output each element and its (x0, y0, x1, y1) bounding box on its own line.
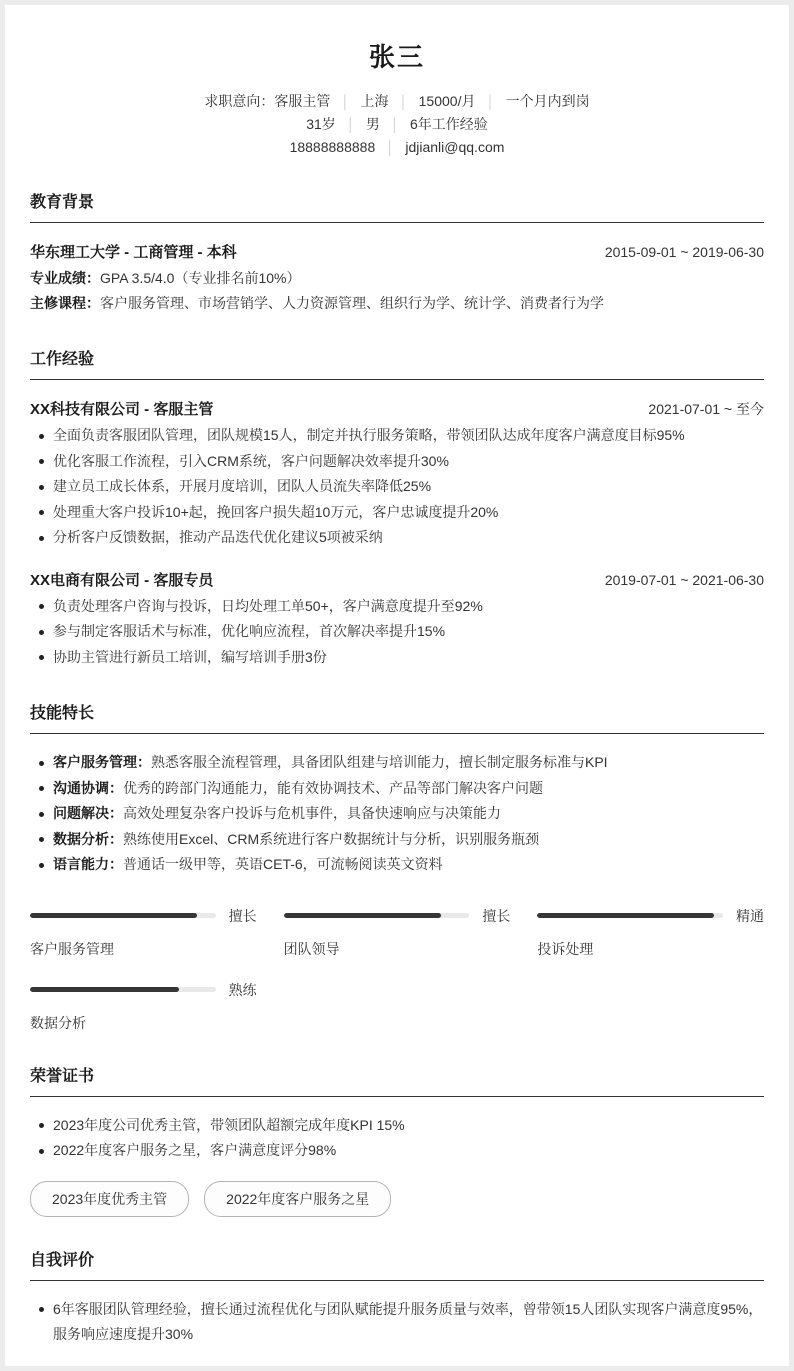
honor-bullet: 2022年度客户服务之星，客户满意度评分98% (30, 1138, 764, 1164)
school-degree: 华东理工大学 - 工商管理 - 本科 (30, 241, 237, 262)
skill-bar-fill (284, 913, 442, 918)
section-skills: 技能特长 客户服务管理：熟悉客服全流程管理，具备团队组建与培训能力，擅长制定服务… (30, 700, 764, 1033)
resume-header: 张三 求职意向：客服主管上海15000/月一个月内到岗 31岁男6年工作经验 1… (30, 37, 764, 159)
education-entry-header: 华东理工大学 - 工商管理 - 本科 2015-09-01 ~ 2019-06-… (30, 241, 764, 262)
skill-bullet: 语言能力：普通话一级甲等，英语CET-6，可流畅阅读英文资料 (30, 852, 764, 878)
skill-bar-track (284, 913, 470, 918)
job-intent-position: 客服主管 (274, 93, 330, 109)
skill-bar-name: 客户服务管理 (30, 939, 257, 959)
education-date-range: 2015-09-01 ~ 2019-06-30 (605, 244, 764, 260)
courses-value: 客户服务管理、市场营销学、人力资源管理、组织行为学、统计学、消费者行为学 (100, 295, 604, 311)
job-intent-label: 求职意向： (204, 93, 274, 109)
job-intent-city: 上海 (361, 93, 389, 109)
skill-level-label: 擅长 (482, 906, 510, 926)
gender: 男 (366, 116, 380, 132)
skill-bar-track (30, 913, 216, 918)
age: 31岁 (306, 116, 336, 132)
skill-bar-track (537, 913, 723, 918)
gpa-value: GPA 3.5/4.0（专业排名前10%） (100, 270, 300, 286)
resume-page: 张三 求职意向：客服主管上海15000/月一个月内到岗 31岁男6年工作经验 1… (5, 5, 789, 1366)
skill-bar: 擅长 客户服务管理 (30, 906, 257, 959)
skill-text: 熟悉客服全流程管理，具备团队组建与培训能力，擅长制定服务标准与KPI (151, 754, 608, 770)
company-position: XX科技有限公司 - 客服主管 (30, 398, 213, 419)
skill-bar-name: 数据分析 (30, 1013, 257, 1033)
separator (380, 116, 410, 132)
skill-level-label: 精通 (736, 906, 764, 926)
candidate-name: 张三 (30, 37, 764, 74)
email-address: jdjianli@qq.com (405, 139, 504, 155)
separator (389, 93, 419, 109)
honor-tags: 2023年度优秀主管 2022年度客户服务之星 (30, 1181, 764, 1217)
separator (375, 139, 405, 155)
skill-label: 语言能力： (53, 856, 123, 872)
company-position: XX电商有限公司 - 客服专员 (30, 569, 213, 590)
skill-bullet: 问题解决：高效处理复杂客户投诉与危机事件，具备快速响应与决策能力 (30, 801, 764, 827)
skill-text: 高效处理复杂客户投诉与危机事件，具备快速响应与决策能力 (123, 805, 501, 821)
job-intent-availability: 一个月内到岗 (506, 93, 590, 109)
section-title-work: 工作经验 (30, 346, 764, 380)
honor-tag-badge: 2022年度客户服务之星 (204, 1181, 391, 1217)
skill-bar: 精通 投诉处理 (537, 906, 764, 959)
skill-bar-track (30, 987, 216, 992)
skill-bullet: 沟通协调：优秀的跨部门沟通能力，能有效协调技术、产品等部门解决客户问题 (30, 776, 764, 802)
skill-bullet: 数据分析：熟练使用Excel、CRM系统进行客户数据统计与分析，识别服务瓶颈 (30, 827, 764, 853)
separator (336, 116, 366, 132)
separator (330, 93, 360, 109)
skill-level-label: 熟练 (229, 980, 257, 1000)
courses-label: 主修课程： (30, 295, 100, 311)
job-date-range: 2019-07-01 ~ 2021-06-30 (605, 572, 764, 588)
job-bullet: 处理重大客户投诉10+起，挽回客户损失超10万元，客户忠诚度提升20% (30, 500, 764, 526)
job-bullet: 分析客户反馈数据，推动产品迭代优化建议5项被采纳 (30, 525, 764, 551)
job-entry-header: XX电商有限公司 - 客服专员 2019-07-01 ~ 2021-06-30 (30, 569, 764, 590)
section-evaluation: 自我评价 6年客服团队管理经验，擅长通过流程优化与团队赋能提升服务质量与效率，曾… (30, 1247, 764, 1348)
skills-bullet-list: 客户服务管理：熟悉客服全流程管理，具备团队组建与培训能力，擅长制定服务标准与KP… (30, 750, 764, 878)
section-honors: 荣誉证书 2023年度公司优秀主管，带领团队超额完成年度KPI 15% 2022… (30, 1063, 764, 1217)
job-bullet: 负责处理客户咨询与投诉，日均处理工单50+，客户满意度提升至92% (30, 594, 764, 620)
section-title-skills: 技能特长 (30, 700, 764, 734)
skill-text: 熟练使用Excel、CRM系统进行客户数据统计与分析，识别服务瓶颈 (123, 831, 539, 847)
job-intent-line: 求职意向：客服主管上海15000/月一个月内到岗 (30, 90, 764, 113)
skill-text: 普通话一级甲等，英语CET-6，可流畅阅读英文资料 (123, 856, 443, 872)
skill-bar-name: 团队领导 (284, 939, 511, 959)
evaluation-bullet-list: 6年客服团队管理经验，擅长通过流程优化与团队赋能提升服务质量与效率，曾带领15人… (30, 1297, 764, 1348)
skill-level-label: 擅长 (229, 906, 257, 926)
contact-line: 18888888888jdjianli@qq.com (30, 136, 764, 159)
section-work: 工作经验 XX科技有限公司 - 客服主管 2021-07-01 ~ 至今 全面负… (30, 346, 764, 670)
section-title-evaluation: 自我评价 (30, 1247, 764, 1281)
skill-bar-fill (30, 913, 197, 918)
job-bullet: 参与制定客服话术与标准，优化响应流程，首次解决率提升15% (30, 619, 764, 645)
honor-tag-badge: 2023年度优秀主管 (30, 1181, 189, 1217)
section-education: 教育背景 华东理工大学 - 工商管理 - 本科 2015-09-01 ~ 201… (30, 189, 764, 316)
skill-bullet: 客户服务管理：熟悉客服全流程管理，具备团队组建与培训能力，擅长制定服务标准与KP… (30, 750, 764, 776)
skill-bar-name: 投诉处理 (537, 939, 764, 959)
skill-bars-grid: 擅长 客户服务管理 擅长 团队领导 精通 投诉处理 (30, 906, 764, 1033)
education-courses-row: 主修课程：客户服务管理、市场营销学、人力资源管理、组织行为学、统计学、消费者行为… (30, 291, 764, 316)
personal-info-line: 31岁男6年工作经验 (30, 113, 764, 136)
job-bullet: 协助主管进行新员工培训，编写培训手册3份 (30, 645, 764, 671)
job-entry: XX电商有限公司 - 客服专员 2019-07-01 ~ 2021-06-30 … (30, 569, 764, 671)
skill-bar-fill (537, 913, 713, 918)
skill-bar-fill (30, 987, 179, 992)
skill-label: 问题解决： (53, 805, 123, 821)
job-entry: XX科技有限公司 - 客服主管 2021-07-01 ~ 至今 全面负责客服团队… (30, 398, 764, 551)
job-bullet-list: 负责处理客户咨询与投诉，日均处理工单50+，客户满意度提升至92% 参与制定客服… (30, 594, 764, 671)
honors-bullet-list: 2023年度公司优秀主管，带领团队超额完成年度KPI 15% 2022年度客户服… (30, 1113, 764, 1164)
separator (475, 93, 505, 109)
job-bullet: 全面负责客服团队管理，团队规模15人，制定并执行服务策略，带领团队达成年度客户满… (30, 423, 764, 449)
job-bullet: 建立员工成长体系，开展月度培训，团队人员流失率降低25% (30, 474, 764, 500)
education-gpa-row: 专业成绩：GPA 3.5/4.0（专业排名前10%） (30, 266, 764, 291)
job-intent-salary: 15000/月 (419, 93, 476, 109)
section-title-honors: 荣誉证书 (30, 1063, 764, 1097)
job-bullet-list: 全面负责客服团队管理，团队规模15人，制定并执行服务策略，带领团队达成年度客户满… (30, 423, 764, 551)
gpa-label: 专业成绩： (30, 270, 100, 286)
skill-label: 数据分析： (53, 831, 123, 847)
honor-bullet: 2023年度公司优秀主管，带领团队超额完成年度KPI 15% (30, 1113, 764, 1139)
job-date-range: 2021-07-01 ~ 至今 (648, 399, 764, 419)
job-entry-header: XX科技有限公司 - 客服主管 2021-07-01 ~ 至今 (30, 398, 764, 419)
evaluation-bullet: 6年客服团队管理经验，擅长通过流程优化与团队赋能提升服务质量与效率，曾带领15人… (30, 1297, 764, 1348)
experience-years: 6年工作经验 (410, 116, 488, 132)
skill-bar: 熟练 数据分析 (30, 980, 257, 1033)
skill-label: 客户服务管理： (53, 754, 151, 770)
section-title-education: 教育背景 (30, 189, 764, 223)
skill-text: 优秀的跨部门沟通能力，能有效协调技术、产品等部门解决客户问题 (123, 780, 543, 796)
phone-number: 18888888888 (290, 139, 376, 155)
skill-bar: 擅长 团队领导 (284, 906, 511, 959)
job-bullet: 优化客服工作流程，引入CRM系统，客户问题解决效率提升30% (30, 449, 764, 475)
skill-label: 沟通协调： (53, 780, 123, 796)
